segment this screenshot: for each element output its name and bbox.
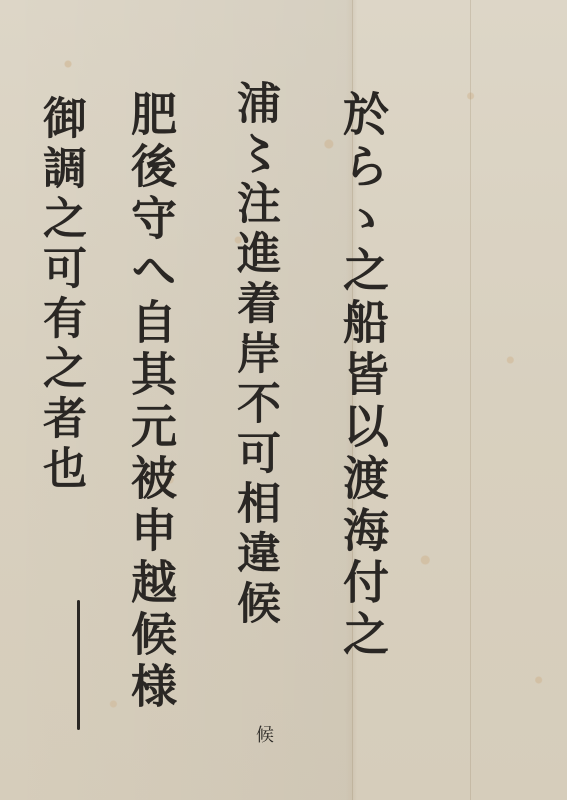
document-paper: 於らゝ之船皆以渡海付之 浦〻注進着岸不可相違候 肥後守へ自其元被申越候様 御調之… xyxy=(0,0,567,800)
text-column-1: 於らゝ之船皆以渡海付之 xyxy=(340,90,386,662)
paper-fold-line xyxy=(470,0,471,800)
text-column-3: 肥後守へ自其元被申越候様 xyxy=(128,90,174,714)
text-column-2: 浦〻注進着岸不可相違候 xyxy=(232,80,276,630)
annotation-mark: 候 xyxy=(250,725,276,743)
text-column-4: 御調之可有之者也 xyxy=(38,95,82,495)
trailing-brush-stroke xyxy=(77,600,80,730)
